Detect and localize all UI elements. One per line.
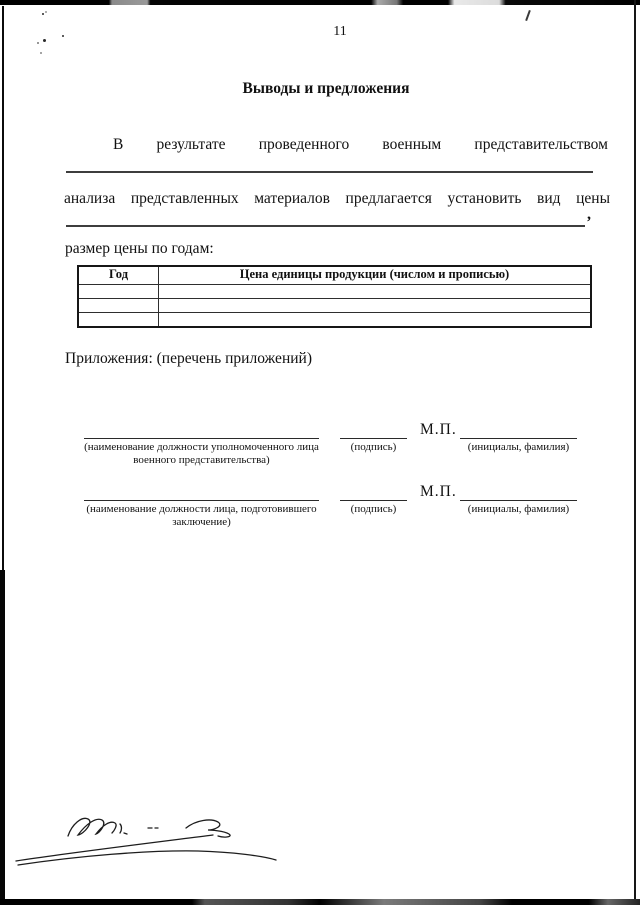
page-number: 11 [280, 24, 400, 40]
word: анализа [64, 190, 115, 208]
table-row [79, 312, 590, 326]
table-row [79, 284, 590, 298]
scan-edge-left-thick [0, 570, 5, 905]
fill-in-blank-line-2 [66, 225, 585, 227]
paragraph-line-1: В результате проведенного военным предст… [113, 136, 608, 154]
table-header-year: Год [79, 267, 159, 284]
signature-block-preparer: М.П. (наименование должности лица, подго… [0, 482, 640, 544]
position-caption: (наименование должности уполномоченного … [64, 441, 339, 467]
scan-speck [45, 11, 47, 13]
position-caption-line-1: (наименование должности лица, подготовив… [64, 503, 339, 516]
scan-edge-top [0, 0, 640, 5]
position-signature-line [84, 500, 319, 501]
table-header-price: Цена единицы продукции (числом и пропись… [159, 267, 590, 284]
position-caption: (наименование должности лица, подготовив… [64, 503, 339, 529]
scan-speck [62, 35, 64, 37]
sign-caption: (подпись) [340, 503, 407, 516]
scan-slash-mark [525, 10, 531, 21]
price-table: Год Цена единицы продукции (числом и про… [77, 265, 592, 328]
sign-signature-line [340, 500, 407, 501]
trailing-comma: , [587, 206, 591, 224]
word: военным [382, 136, 441, 154]
name-signature-line [460, 500, 577, 501]
word: представительством [474, 136, 608, 154]
signature-block-authorized-person: М.П. (наименование должности уполномочен… [0, 420, 640, 482]
table-cell-price [159, 299, 590, 312]
sign-signature-line [340, 438, 407, 439]
position-caption-line-2: военного представительства) [64, 454, 339, 467]
word: цены [576, 190, 610, 208]
handwritten-signature-icon [8, 806, 288, 876]
name-caption: (инициалы, фамилия) [460, 441, 577, 454]
table-header-row: Год Цена единицы продукции (числом и про… [79, 267, 590, 284]
attachments-label: Приложения: (перечень приложений) [65, 350, 312, 368]
scan-speck [42, 13, 44, 15]
sign-caption: (подпись) [340, 441, 407, 454]
position-caption-line-2: заключение) [64, 516, 339, 529]
position-caption-line-1: (наименование должности уполномоченного … [64, 441, 339, 454]
word: представленных [131, 190, 239, 208]
document-title: Выводы и предложения [186, 80, 466, 98]
word: установить [447, 190, 521, 208]
scan-edge-bottom [0, 899, 640, 905]
seal-place-label: М.П. [420, 483, 457, 501]
table-cell-year [79, 285, 159, 298]
position-signature-line [84, 438, 319, 439]
word: материалов [254, 190, 330, 208]
table-cell-price [159, 285, 590, 298]
scan-speck [40, 52, 42, 54]
table-row [79, 298, 590, 312]
seal-place-label: М.П. [420, 421, 457, 439]
paragraph-line-2: анализа представленных материалов предла… [64, 190, 610, 208]
table-cell-price [159, 313, 590, 326]
word: предлагается [346, 190, 432, 208]
table-cell-year [79, 299, 159, 312]
fill-in-blank-line-1 [66, 171, 593, 173]
name-signature-line [460, 438, 577, 439]
name-caption: (инициалы, фамилия) [460, 503, 577, 516]
table-cell-year [79, 313, 159, 326]
word: В [113, 136, 123, 154]
scanned-document-page: 11 Выводы и предложения В результате про… [0, 0, 640, 905]
paragraph-line-3: размер цены по годам: [65, 240, 214, 258]
scan-speck [37, 42, 39, 44]
scan-speck [43, 39, 46, 42]
word: проведенного [259, 136, 350, 154]
word: результате [157, 136, 226, 154]
word: вид [537, 190, 561, 208]
